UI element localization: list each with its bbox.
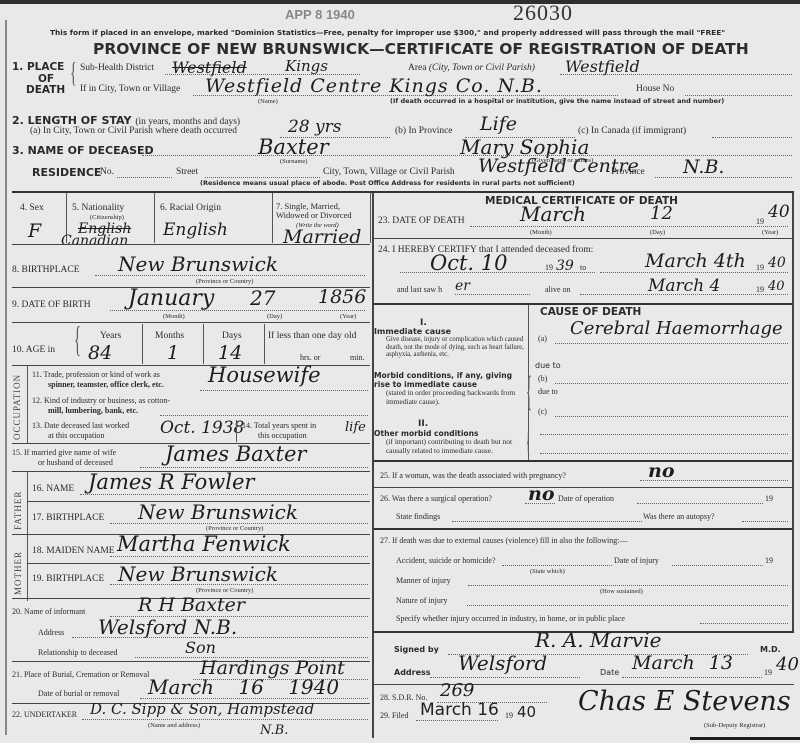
place-of-death-label: DEATH	[26, 84, 65, 96]
brace: {	[526, 368, 532, 416]
mother-maiden-value: Martha Fenwick	[117, 532, 291, 556]
cell-divider	[142, 324, 143, 364]
birthplace-value: New Brunswick	[118, 252, 278, 276]
immediate-cause-desc: Give disease, injury or complication whi…	[386, 336, 526, 359]
year-hint: (Year)	[762, 229, 778, 236]
specify-place-label: Specify whether injury occurred in indus…	[396, 614, 625, 623]
row-divider	[12, 322, 370, 323]
dotted-line	[467, 605, 788, 606]
dotted-line	[600, 272, 788, 273]
relationship-label: Relationship to deceased	[38, 648, 118, 657]
years-in-occupation-label: 14. Total years spent in	[242, 421, 316, 430]
row-divider	[374, 238, 792, 239]
md-label: M.D.	[760, 645, 781, 654]
undertaker-value-2: N.B.	[260, 723, 288, 738]
alive-year-value: 40	[768, 279, 785, 294]
age-months-header: Months	[155, 331, 184, 341]
brace: {	[74, 318, 81, 360]
age-min-label: min.	[350, 353, 364, 362]
sex-label: 4. Sex	[20, 203, 44, 213]
nature-of-injury-label: Nature of injury	[396, 596, 448, 605]
dotted-line	[685, 95, 792, 96]
cause-of-death-title: CAUSE OF DEATH	[540, 306, 641, 318]
cell-divider	[370, 193, 371, 243]
cell-divider	[27, 471, 28, 601]
dotted-line	[452, 521, 642, 522]
stay-canada-label: (c) In Canada (if immigrant)	[578, 126, 686, 136]
operation-date-label: Date of operation	[558, 494, 614, 503]
informant-name-value: R H Baxter	[138, 594, 245, 616]
dod-year-value: 40	[768, 202, 790, 222]
occupation-trade-label-2: spinner, teamster, office clerk, etc.	[48, 380, 164, 389]
alive-on-label: alive on	[545, 285, 571, 294]
row-divider	[374, 460, 792, 462]
cell-divider	[27, 365, 28, 443]
occupation-trade-label: 11. Trade, profession or kind of work as	[32, 370, 160, 379]
external-causes-label: 27. If death was due to external causes …	[380, 536, 627, 545]
cell-divider	[264, 324, 265, 364]
day-hint: (Day)	[650, 229, 665, 236]
operation-year-prefix: 19	[765, 494, 773, 503]
signed-by-label: Signed by	[394, 645, 439, 654]
birthplace-label: 8. BIRTHPLACE	[12, 265, 80, 275]
row-divider	[374, 487, 792, 488]
marital-label: 7. Single, Married, Widowed or Divorced	[276, 202, 370, 220]
dotted-line	[430, 677, 580, 678]
dotted-line	[117, 177, 172, 178]
injury-year-prefix: 19	[765, 556, 773, 565]
age-label: 10. AGE in	[12, 345, 55, 355]
father-birthplace-value: New Brunswick	[138, 500, 298, 524]
mother-maiden-label: 18. MAIDEN NAME	[32, 546, 115, 556]
scan-edge	[690, 737, 800, 740]
racial-origin-label: 6. Racial Origin	[160, 203, 221, 213]
cause-a-value: Cerebral Haemorrhage	[570, 318, 783, 339]
page-border-left	[5, 20, 7, 735]
residence-label: RESIDENCE	[32, 166, 101, 179]
last-saw-value: er	[455, 278, 470, 294]
signed-year-prefix: 19	[764, 668, 772, 677]
sub-health-value: Kings	[285, 57, 328, 75]
physician-address-value: Welsford	[458, 651, 547, 675]
date-of-death-label: 23. DATE OF DEATH	[378, 216, 465, 226]
informant-address-label: Address	[38, 628, 64, 637]
row-divider	[12, 244, 370, 245]
nationality-hint: (Citizenship)	[90, 214, 124, 221]
age-under-day-header: If less than one day old	[268, 331, 356, 341]
undertaker-value: D. C. Sipp & Son, Hampstead	[90, 700, 314, 718]
dotted-line	[80, 494, 368, 495]
due-to-label: due to	[535, 361, 561, 370]
dotted-line	[160, 415, 368, 416]
column-divider	[372, 193, 374, 738]
attended-from-value: Oct. 10	[430, 251, 508, 275]
signed-date-value: March 13	[632, 652, 733, 674]
signed-date-label: Date	[600, 668, 619, 677]
last-worked-value: Oct. 1938	[160, 418, 244, 438]
surname-value: Baxter	[258, 135, 329, 159]
dotted-line	[455, 294, 530, 295]
alive-year-prefix: 19	[756, 285, 764, 294]
to-year-prefix: 19	[756, 263, 764, 272]
attended-to-value: March 4th	[645, 250, 746, 272]
sex-value: F	[28, 220, 41, 242]
dotted-line	[525, 503, 555, 504]
dotted-line	[540, 434, 788, 435]
undertaker-label: 22. UNDERTAKER	[12, 710, 77, 719]
dotted-line	[540, 453, 788, 454]
occupation-industry-label-2: mill, lumbering, bank, etc.	[48, 406, 138, 415]
name-hint: (Name)	[258, 98, 278, 105]
city-value: Westfield Centre Kings Co. N.B.	[205, 75, 543, 97]
occupation-industry-label: 12. Kind of industry or business, as cot…	[32, 396, 170, 405]
cause-b-label: (b)	[538, 374, 547, 383]
to-label: to	[580, 263, 586, 272]
death-certificate: APP 8 1940 26030 This form if placed in …	[0, 0, 800, 743]
burial-place-label: 21. Place of Burial, Cremation or Remova…	[12, 670, 149, 679]
spouse-label: 15. If married give name of wife	[12, 448, 116, 457]
age-days-value: 14	[218, 342, 242, 364]
immediate-cause-label: Immediate cause	[374, 327, 451, 336]
cell-divider	[203, 324, 204, 364]
filed-year-prefix: 19	[505, 711, 513, 720]
to-year-value: 40	[768, 255, 786, 271]
morbid-desc: (stated in order proceeding backwards fr…	[386, 389, 526, 406]
age-years-value: 84	[88, 342, 112, 364]
filed-date-value: March 16	[420, 700, 499, 720]
stay-city-value: 28 yrs	[288, 117, 342, 137]
findings-label: State findings	[396, 512, 440, 521]
dotted-line	[555, 343, 788, 344]
dotted-line	[712, 137, 792, 138]
last-saw-label: and last saw h	[397, 285, 442, 294]
dotted-line	[700, 623, 788, 624]
racial-origin-value: English	[163, 220, 228, 240]
years-in-occupation-label-2: this occupation	[258, 431, 307, 440]
informant-address-value: Welsford N.B.	[98, 615, 237, 639]
filed-label: 29. Filed	[380, 711, 408, 720]
autopsy-label: Was there an autopsy?	[643, 512, 715, 521]
month-hint: (Month)	[530, 229, 552, 236]
right-border	[792, 193, 794, 633]
residence-province-label: Province	[611, 167, 645, 177]
mother-birthplace-value: New Brunswick	[118, 562, 278, 586]
cause-a-label: (a)	[538, 334, 547, 343]
year-hint: (Year)	[340, 313, 356, 320]
section-divider	[12, 191, 794, 193]
residence-city-label: City, Town, Village or Civil Parish	[323, 167, 455, 177]
pregnancy-label: 25. If a woman, was the death associated…	[380, 471, 566, 480]
dotted-line	[200, 390, 368, 391]
date-of-birth-label: 9. DATE OF BIRTH	[12, 300, 91, 310]
burial-date-label: Date of burial or removal	[38, 689, 119, 698]
last-worked-label-2: at this occupation	[48, 431, 104, 440]
cell-divider	[154, 193, 155, 243]
area-value: Westfield	[565, 57, 640, 76]
dotted-line	[555, 416, 788, 417]
injury-date-label: Date of injury	[614, 556, 659, 565]
filed-year-value: 40	[517, 703, 536, 721]
pregnancy-value: no	[648, 460, 675, 482]
dotted-line	[468, 585, 788, 586]
from-year-value: 39	[556, 258, 574, 274]
how-sustained-hint: (How sustained)	[600, 588, 643, 595]
spouse-value: James Baxter	[165, 442, 306, 466]
surgical-operation-value: no	[528, 483, 555, 505]
dotted-line	[205, 177, 320, 178]
dotted-line	[622, 677, 762, 678]
sdr-number-value: 269	[440, 680, 474, 701]
other-conditions-desc: (if important) contributing to death but…	[386, 438, 526, 455]
surgical-operation-label: 26. Was there a surgical operation?	[380, 494, 492, 503]
occupation-trade-value: Housewife	[208, 363, 321, 387]
house-no-label: House No	[636, 84, 674, 94]
dod-day-value: 12	[650, 203, 673, 224]
relationship-value: Son	[185, 638, 216, 657]
brace: {	[526, 425, 530, 459]
row-divider	[374, 684, 794, 685]
surname-hint: (Surname)	[280, 158, 307, 165]
registrar-signature: Chas E Stevens	[578, 686, 791, 717]
cell-divider	[236, 420, 237, 442]
dotted-line	[555, 383, 788, 384]
last-worked-label: 13. Date deceased last worked	[32, 421, 129, 430]
informant-name-label: 20. Name of informant	[12, 607, 85, 616]
stay-city-label: (a) In City, Town or Civil Parish where …	[30, 126, 237, 136]
manner-of-injury-label: Manner of injury	[396, 576, 451, 585]
age-months-value: 1	[167, 342, 179, 364]
dotted-line	[140, 467, 368, 468]
residence-province-value: N.B.	[683, 156, 724, 178]
residence-note: (Residence means usual place of abode. P…	[200, 179, 575, 187]
page-title: PROVINCE OF NEW BRUNSWICK—CERTIFICATE OF…	[93, 40, 749, 58]
dotted-line	[110, 556, 368, 557]
dob-month-value: January	[128, 286, 214, 311]
alive-on-value: March 4	[648, 276, 720, 296]
sub-health-label: Sub-Health District	[80, 63, 154, 73]
mother-birthplace-hint: (Province or Country)	[196, 587, 253, 594]
dotted-line	[742, 521, 788, 522]
undertaker-hint: (Name and address)	[148, 722, 200, 729]
father-name-value: James R Fowler	[88, 470, 254, 494]
from-year-prefix: 19	[545, 263, 553, 272]
nationality-value: Canadian	[61, 233, 128, 249]
residence-street-label: Street	[176, 167, 198, 177]
physician-address-label: Address	[394, 668, 431, 677]
dod-month-value: March	[520, 202, 586, 226]
dob-year-value: 1856	[318, 286, 366, 308]
signed-year-value: 40	[776, 654, 799, 675]
dotted-line	[82, 719, 368, 720]
father-name-label: 16. NAME	[32, 484, 74, 494]
state-which-hint: (State which)	[530, 568, 565, 575]
father-side-label: FATHER	[13, 491, 23, 530]
name-of-deceased-label: 3. NAME OF DECEASED	[12, 144, 154, 157]
scan-edge	[0, 0, 800, 4]
due-to-label: due to	[538, 387, 558, 396]
spouse-label-2: or husband of deceased	[38, 458, 113, 467]
burial-date-value: March 16 1940	[148, 675, 339, 699]
dotted-line	[672, 565, 763, 566]
physician-signature: R. A. Marvie	[535, 628, 661, 652]
month-hint: (Month)	[163, 313, 185, 320]
cell-divider	[272, 193, 273, 243]
brace: {	[70, 58, 77, 90]
city-label: If in City, Town or Village	[80, 84, 180, 94]
age-hrs-label: hrs. or	[300, 353, 320, 362]
cause-c-label: (c)	[538, 407, 547, 416]
years-in-occupation-value: life	[345, 420, 366, 435]
residence-no-label: No.	[100, 167, 114, 177]
registrar-hint: (Sub-Deputy Registrar)	[704, 722, 765, 729]
father-birthplace-hint: (Province or Country)	[206, 525, 263, 532]
mother-birthplace-label: 19. BIRTHPLACE	[32, 574, 104, 584]
accident-label: Accident, suicide or homicide?	[396, 556, 496, 565]
received-stamp: APP 8 1940	[285, 7, 355, 22]
row-divider	[374, 303, 792, 305]
age-years-header: Years	[100, 331, 121, 341]
dotted-line	[502, 565, 612, 566]
dod-year-prefix: 19	[756, 217, 764, 226]
row-divider	[374, 528, 792, 530]
dob-day-value: 27	[250, 286, 275, 310]
area-label: Area (City, Town or Civil Parish)	[408, 63, 535, 73]
hospital-note: (If death occurred in a hospital or inst…	[390, 97, 724, 105]
place-of-death-label: 1. PLACE	[12, 61, 64, 73]
registration-number: 26030	[513, 0, 573, 26]
birthplace-hint: (Province or Country)	[196, 278, 253, 285]
section-two-label: II.	[418, 419, 428, 429]
mother-side-label: MOTHER	[13, 551, 23, 595]
day-hint: (Day)	[267, 313, 282, 320]
dotted-line	[637, 503, 763, 504]
dotted-line	[470, 226, 788, 227]
stay-province-value: Life	[480, 113, 517, 135]
nationality-label: 5. Nationality	[72, 203, 124, 213]
age-days-header: Days	[222, 331, 242, 341]
morbid-label: Morbid conditions, if any, giving rise t…	[374, 372, 524, 389]
mail-notice: This form if placed in an envelope, mark…	[50, 28, 725, 37]
dotted-line	[416, 720, 498, 721]
occupation-side-label: OCCUPATION	[12, 374, 22, 440]
stay-province-label: (b) In Province	[395, 126, 453, 136]
father-birthplace-label: 17. BIRTHPLACE	[32, 513, 104, 523]
